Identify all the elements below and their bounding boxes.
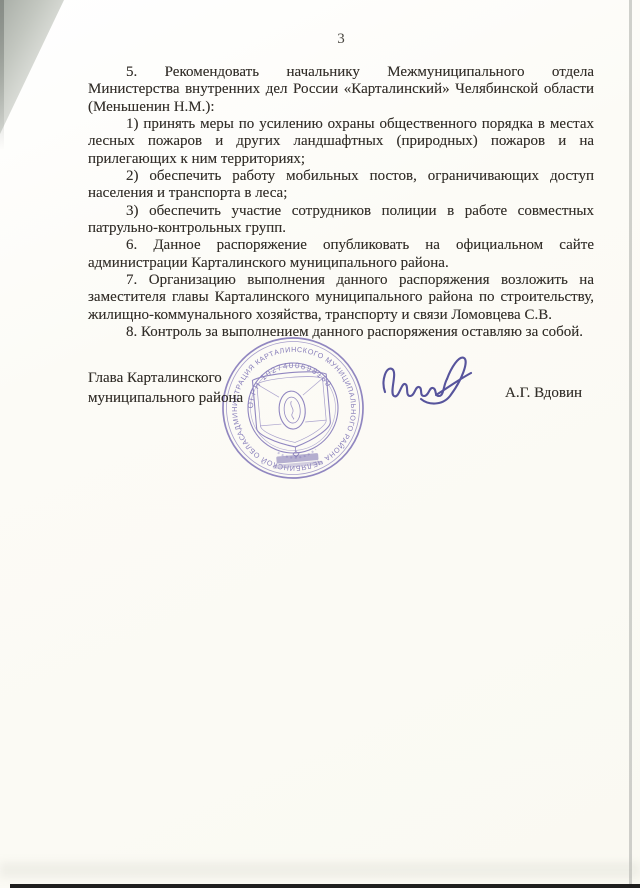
scan-corner-fold — [0, 0, 64, 134]
signer-name: А.Г. Вдовин — [505, 385, 582, 402]
scan-edge-bottom — [10, 884, 640, 888]
paragraph-item-7: 7. Организацию выполнения данного распор… — [88, 272, 594, 324]
handwritten-signature — [378, 346, 478, 410]
page-number: 3 — [88, 31, 594, 48]
paragraph-subitem-3: 3) обеспечить участие сотрудников полици… — [88, 203, 594, 238]
paragraph-item-6: 6. Данное распоряжение опубликовать на о… — [88, 237, 594, 272]
document-body: 5. Рекомендовать начальнику Межмуниципал… — [88, 64, 594, 341]
scan-smudge-bottom — [0, 862, 640, 878]
scanned-document-page: { "page": { "number": "3" }, "doc": { "p… — [0, 0, 640, 888]
scan-edge-left — [0, 0, 4, 150]
scan-edge-right — [629, 0, 632, 888]
paragraph-subitem-1: 1) принять меры по усилению охраны общес… — [88, 116, 594, 168]
paragraph-item-5: 5. Рекомендовать начальнику Межмуниципал… — [88, 64, 594, 116]
official-stamp: АДМИНИСТРАЦИЯ КАРТАЛИНСКОГО МУНИЦИПАЛЬНО… — [212, 327, 375, 490]
paragraph-subitem-2: 2) обеспечить работу мобильных постов, о… — [88, 168, 594, 203]
